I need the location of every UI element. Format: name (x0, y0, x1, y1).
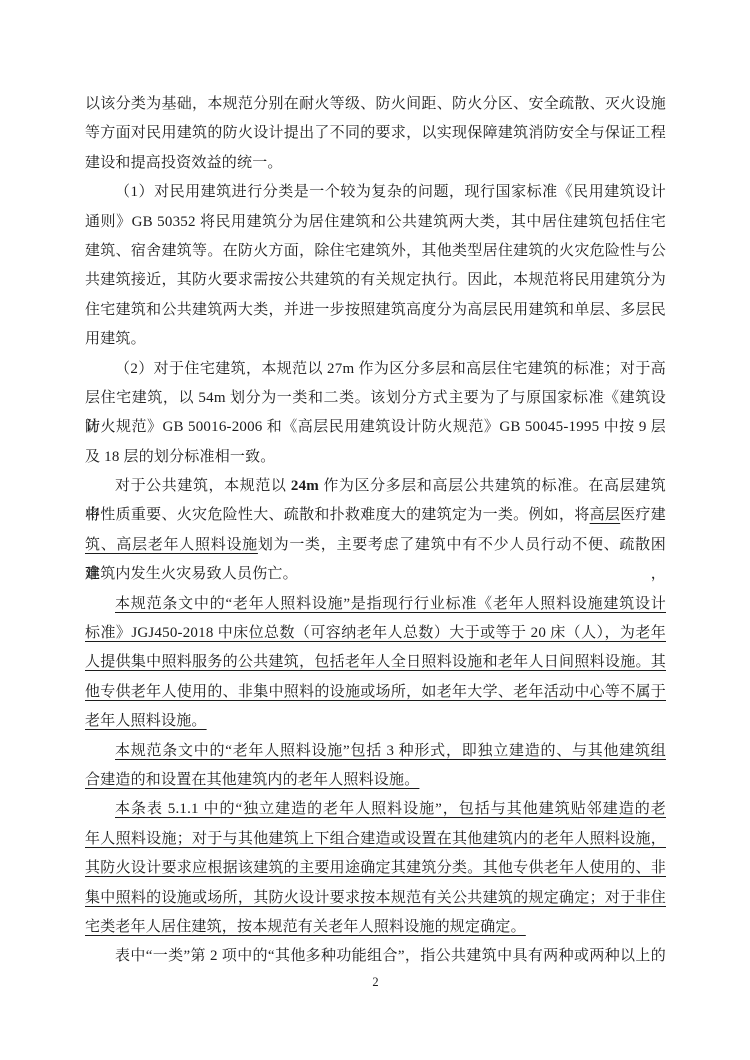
text-segment: （2）对于住宅建筑，本规范以 27m 作为区分多层和高层住宅建筑的标准；对于高 (115, 361, 666, 377)
text-line: 本规范条文中的“老年人照料设施”是指现行行业标准《老年人照料设施建筑设计 (85, 590, 666, 619)
text-line: 及 18 层的划分标准相一致。 (85, 443, 666, 472)
text-line: 层住宅建筑，以 54m 划分为一类和二类。该划分方式主要为了与原国家标准《建筑设… (85, 384, 666, 413)
text-segment: 住宅建筑和公共建筑两大类，并进一步按照建筑高度分为高层民用建筑和单层、多层民 (85, 302, 666, 318)
text-segment: 用建筑。 (85, 331, 146, 347)
text-line: 老年人照料设施。 (85, 707, 666, 736)
text-line: 住宅建筑和公共建筑两大类，并进一步按照建筑高度分为高层民用建筑和单层、多层民 (85, 296, 666, 325)
text-line: 他专供老年人使用的、非集中照料的设施或场所，如老年大学、老年活动中心等不属于 (85, 678, 666, 707)
text-line: 将性质重要、火灾危险性大、疏散和扑救难度大的建筑定为一类。例如，将高层医疗建 (85, 501, 666, 530)
page-number: 2 (85, 974, 666, 990)
document-page: 以该分类为基础，本规范分别在耐火等级、防火间距、防火分区、安全疏散、灭火设施等方… (0, 0, 750, 1060)
text-line: 年人照料设施；对于与其他建筑上下组合建造或设置在其他建筑内的老年人照料设施， (85, 825, 666, 854)
text-segment: 将性质重要、火灾危险性大、疏散和扑救难度大的建筑定为一类。例如，将 (85, 507, 590, 523)
text-segment: 表中“一类”第 2 项中的“其他多种功能组合”，指公共建筑中具有两种或两种以上的 (115, 948, 666, 964)
text-line: 防火规范》GB 50016-2006 和《高层民用建筑设计防火规范》GB 500… (85, 413, 666, 442)
text-line: 等方面对民用建筑的防火设计提出了不同的要求，以实现保障建筑消防安全与保证工程 (85, 119, 666, 148)
text-segment: 以该分类为基础，本规范分别在耐火等级、防火间距、防火分区、安全疏散、灭火设施 (85, 96, 666, 112)
text-line: 本条表 5.1.1 中的“独立建造的老年人照料设施”，包括与其他建筑贴邻建造的老 (85, 795, 666, 824)
underlined-text: 本规范条文中的“老年人照料设施”是指现行行业标准《老年人照料设施建筑设计 (115, 596, 666, 612)
underlined-text: 年人照料设施；对于与其他建筑上下组合建造或设置在其他建筑内的老年人照料设施， (85, 831, 666, 847)
underlined-text: 其防火设计要求应根据该建筑的主要用途确定其建筑分类。其他专供老年人使用的、非 (85, 860, 666, 876)
text-segment: 共建筑接近，其防火要求需按公共建筑的有关规定执行。因此，本规范将民用建筑分为 (85, 272, 666, 288)
text-line: 宅类老年人居住建筑，按本规范有关老年人照料设施的规定确定。 (85, 913, 666, 942)
text-line: 集中照料的设施或场所，其防火设计要求按本规范有关公共建筑的规定确定；对于非住 (85, 884, 666, 913)
text-line: 合建造的和设置在其他建筑内的老年人照料设施。 (85, 766, 666, 795)
text-block: 以该分类为基础，本规范分别在耐火等级、防火间距、防火分区、安全疏散、灭火设施等方… (85, 90, 666, 990)
underlined-text: 标准》JGJ450-2018 中床位总数（可容纳老年人总数）大于或等于 20 床… (85, 625, 666, 641)
text-segment: 通则》GB 50352 将民用建筑分为居住建筑和公共建筑两大类，其中居住建筑包括… (85, 214, 666, 230)
text-line: 人提供集中照料服务的公共建筑，包括老年人全日照料设施和老年人日间照料设施。其 (85, 648, 666, 677)
text-line: 建筑、宿舍建筑等。在防火方面，除住宅建筑外，其他类型居住建筑的火灾危险性与公 (85, 237, 666, 266)
text-segment: 对于公共建筑，本规范以 (115, 478, 291, 494)
text-segment: 建设和提高投资效益的统一。 (85, 155, 283, 171)
text-line: 本规范条文中的“老年人照料设施”包括 3 种形式，即独立建造的、与其他建筑组 (85, 737, 666, 766)
text-line: 其防火设计要求应根据该建筑的主要用途确定其建筑分类。其他专供老年人使用的、非 (85, 854, 666, 883)
underlined-text: 合建造的和设置在其他建筑内的老年人照料设施。 (85, 772, 419, 788)
underlined-text: 宅类老年人居住建筑，按本规范有关老年人照料设施的规定确定。 (85, 919, 526, 935)
underlined-text: 人提供集中照料服务的公共建筑，包括老年人全日照料设施和老年人日间照料设施。其 (85, 654, 666, 670)
text-line: 对于公共建筑，本规范以 24m 作为区分多层和高层公共建筑的标准。在高层建筑中 (85, 472, 666, 501)
text-line: （2）对于住宅建筑，本规范以 27m 作为区分多层和高层住宅建筑的标准；对于高 (85, 355, 666, 384)
text-line: 筑、高层老年人照料设施划为一类，主要考虑了建筑中有不少人员行动不便、疏散困难， (85, 531, 666, 560)
underlined-text: 集中照料的设施或场所，其防火设计要求按本规范有关公共建筑的规定确定；对于非住 (85, 890, 666, 906)
text-line: 建设和提高投资效益的统一。 (85, 149, 666, 178)
underlined-text: 筑、高层老年人照料设施 (85, 537, 258, 553)
text-segment: 医疗建 (620, 507, 666, 523)
underlined-text: 他专供老年人使用的、非集中照料的设施或场所，如老年大学、老年活动中心等不属于 (85, 684, 666, 700)
text-segment: 等方面对民用建筑的防火设计提出了不同的要求，以实现保障建筑消防安全与保证工程 (85, 125, 666, 141)
underlined-text: 本条表 5.1.1 中的“独立建造的老年人照料设施”，包括与其他建筑贴邻建造的老 (115, 801, 666, 817)
text-segment: （1）对民用建筑进行分类是一个较为复杂的问题，现行国家标准《民用建筑设计 (115, 184, 666, 200)
text-segment: 防火规范》GB 50016-2006 和《高层民用建筑设计防火规范》GB 500… (85, 419, 666, 435)
text-line: 通则》GB 50352 将民用建筑分为居住建筑和公共建筑两大类，其中居住建筑包括… (85, 208, 666, 237)
underlined-text: 本规范条文中的“老年人照料设施”包括 3 种形式，即独立建造的、与其他建筑组 (115, 743, 666, 759)
text-segment: 建筑、宿舍建筑等。在防火方面，除住宅建筑外，其他类型居住建筑的火灾危险性与公 (85, 243, 666, 259)
text-line: 标准》JGJ450-2018 中床位总数（可容纳老年人总数）大于或等于 20 床… (85, 619, 666, 648)
text-segment: 及 18 层的划分标准相一致。 (85, 449, 276, 465)
text-line: （1）对民用建筑进行分类是一个较为复杂的问题，现行国家标准《民用建筑设计 (85, 178, 666, 207)
text-line: 共建筑接近，其防火要求需按公共建筑的有关规定执行。因此，本规范将民用建筑分为 (85, 266, 666, 295)
text-line: 表中“一类”第 2 项中的“其他多种功能组合”，指公共建筑中具有两种或两种以上的 (85, 942, 666, 971)
text-segment: 建筑内发生火灾易致人员伤亡。 (85, 566, 298, 582)
text-line: 用建筑。 (85, 325, 666, 354)
text-line: 以该分类为基础，本规范分别在耐火等级、防火间距、防火分区、安全疏散、灭火设施 (85, 90, 666, 119)
underlined-text: 老年人照料设施。 (85, 713, 207, 729)
underlined-text: 高层 (590, 507, 621, 523)
text-segment: 24m (291, 478, 319, 494)
